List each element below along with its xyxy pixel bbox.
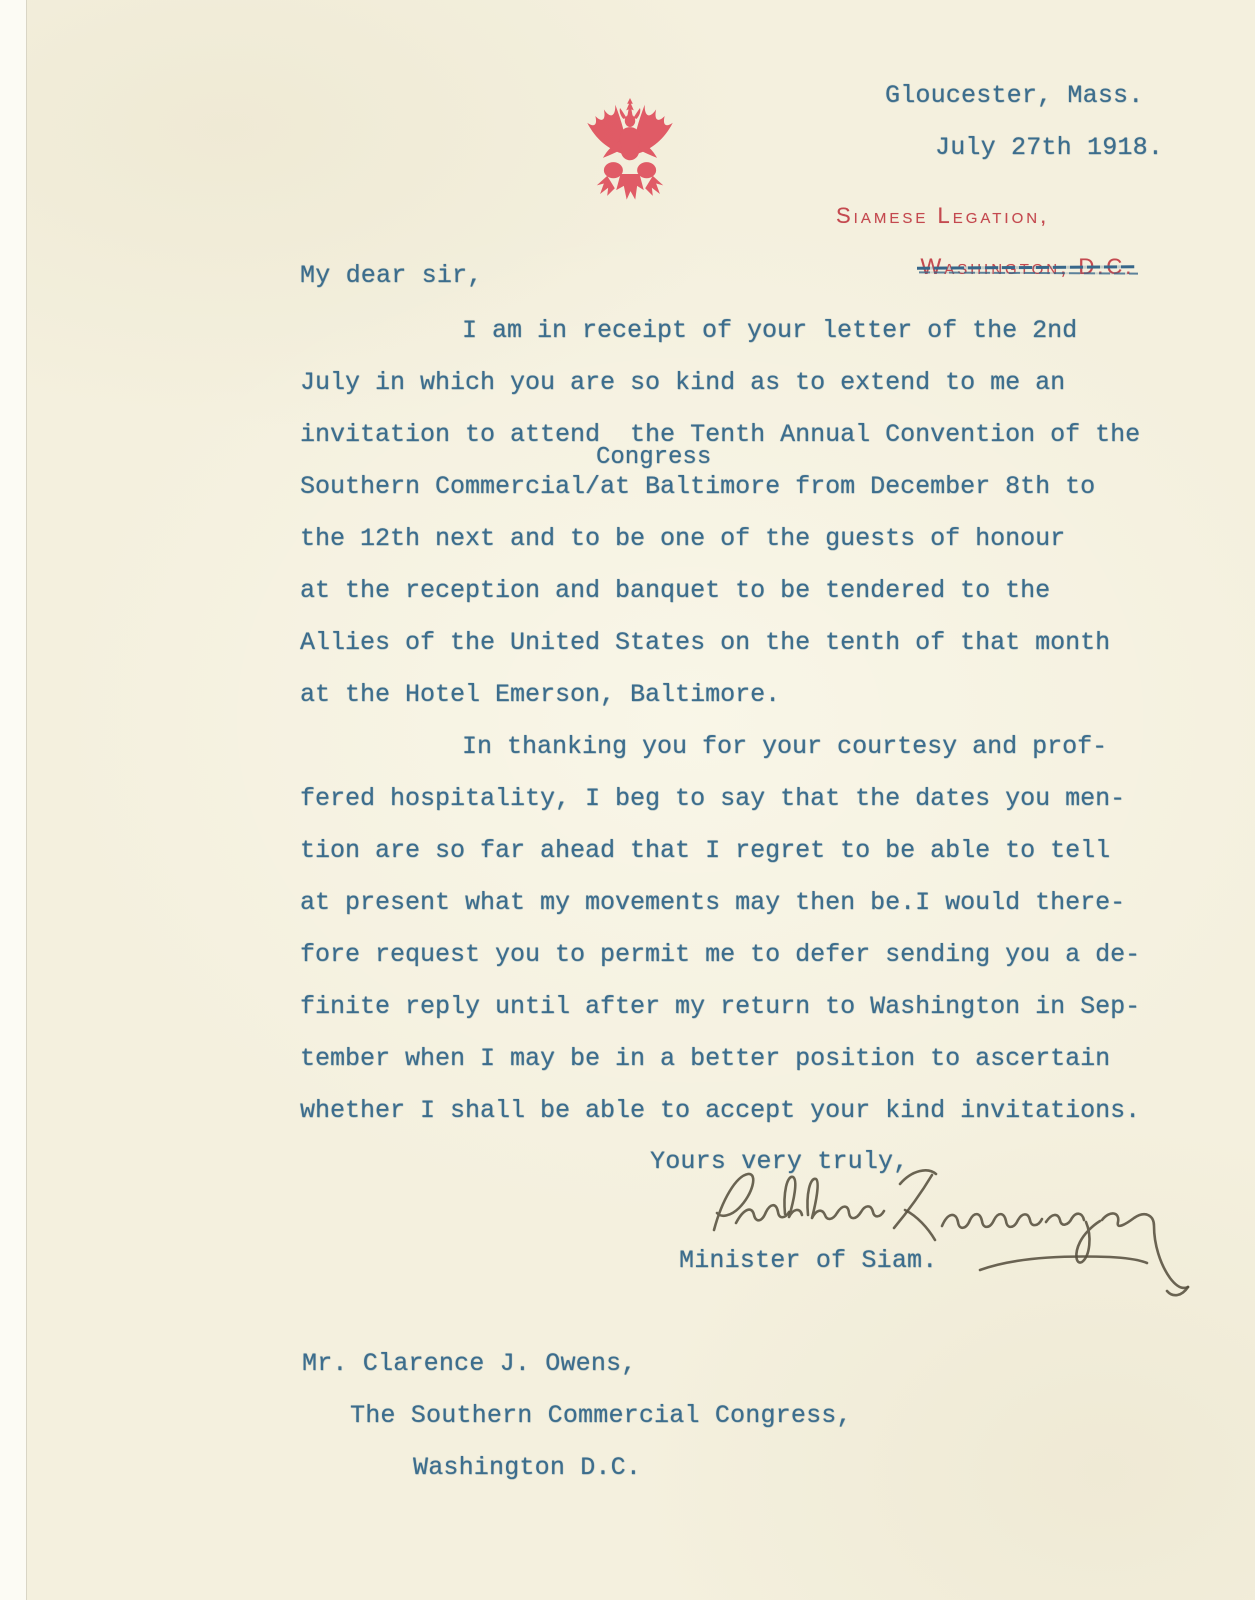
typed-line: the 12th next and to be one of the guest… (300, 524, 1065, 553)
typed-line: In thanking you for your courtesy and pr… (462, 732, 1107, 761)
typed-line: at present what my movements may then be… (300, 888, 1125, 917)
typed-line: July in which you are so kind as to exte… (300, 368, 1065, 397)
typed-line: fered hospitality, I beg to say that the… (300, 784, 1125, 813)
typed-line: at the reception and banquet to be tende… (300, 576, 1050, 605)
typed-line: tember when I may be in a better positio… (300, 1044, 1110, 1073)
signer-title: Minister of Siam. (679, 1247, 937, 1275)
typed-line: fore request you to permit me to defer s… (300, 940, 1140, 969)
scan-edge-strip (0, 0, 27, 1600)
typed-line: whether I shall be able to accept your k… (300, 1096, 1140, 1125)
salutation: My dear sir, (300, 262, 482, 290)
letter-page: Gloucester, Mass. July 27th 1918. Siames… (0, 0, 1255, 1600)
recipient-line: The Southern Commercial Congress, (350, 1402, 852, 1430)
letterhead-place: Gloucester, Mass. (885, 82, 1143, 110)
typed-line: Allies of the United States on the tenth… (300, 628, 1110, 657)
typed-insertion: Congress (596, 444, 711, 471)
typed-line: invitation to attend the Tenth Annual Co… (300, 420, 1140, 449)
letterhead-date: July 27th 1918. (935, 134, 1163, 162)
typed-line: Southern Commercial/at Baltimore from De… (300, 472, 1095, 501)
recipient-line: Washington D.C. (413, 1454, 641, 1482)
typed-line: at the Hotel Emerson, Baltimore. (300, 680, 780, 709)
letter-body: I am in receipt of your letter of the 2n… (300, 316, 1180, 1156)
garuda-emblem-icon (573, 98, 687, 212)
typed-line: finite reply until after my return to Wa… (300, 992, 1140, 1021)
recipient-line: Mr. Clarence J. Owens, (302, 1350, 636, 1378)
signature-script (690, 1160, 1200, 1300)
legation-location-struck-text: Washington, D.C. (920, 254, 1134, 280)
legation-name: Siamese Legation, (836, 203, 1049, 229)
typed-line: I am in receipt of your letter of the 2n… (462, 316, 1077, 345)
legation-location: Washington, D.C. (884, 228, 1134, 306)
typed-line: tion are so far ahead that I regret to b… (300, 836, 1110, 865)
